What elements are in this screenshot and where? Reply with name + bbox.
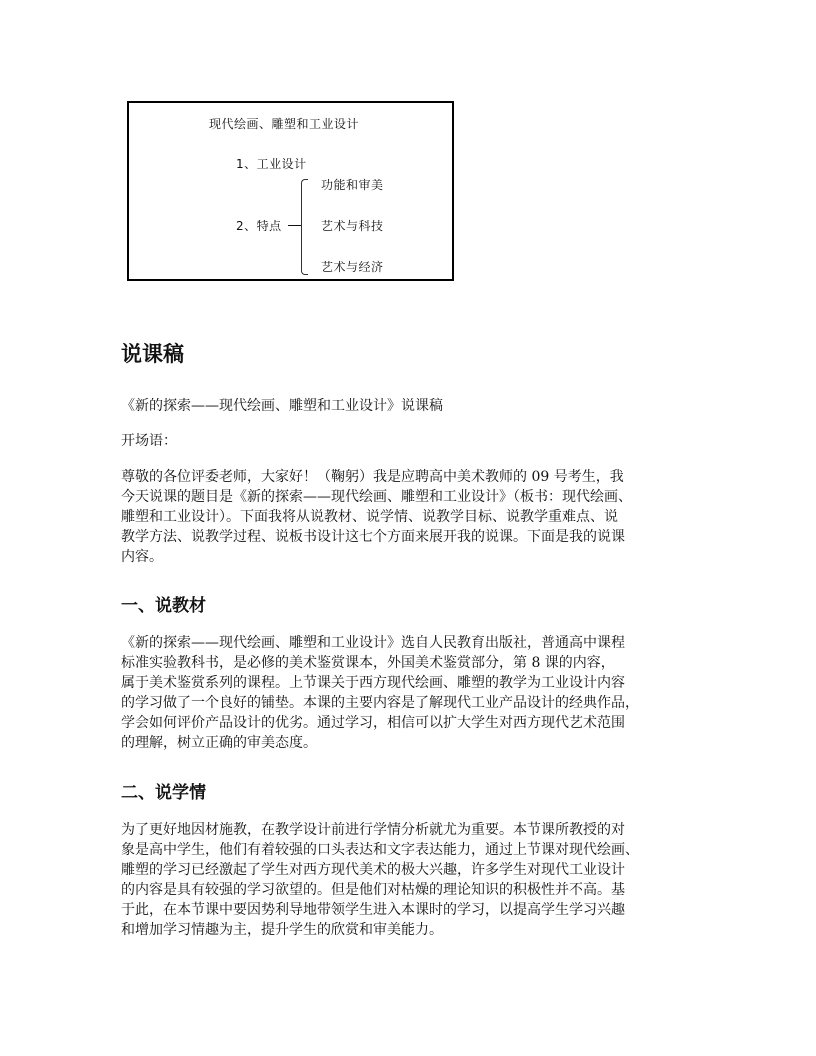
text-line: 今天说课的题目是《新的探索——现代绘画、雕塑和工业设计》（板书：现代绘画、 <box>121 487 701 507</box>
text-line: 属于美术鉴赏系列的课程。上节课关于西方现代绘画、雕塑的教学为工业设计内容 <box>121 673 701 693</box>
text-line: 和增加学习情趣为主，提升学生的欣赏和审美能力。 <box>121 920 701 940</box>
diagram-item-features: 2、特点 <box>236 217 282 234</box>
intro-paragraph: 尊敬的各位评委老师，大家好！（鞠躬）我是应聘高中美术教师的 09 号考生，我 今… <box>121 467 701 567</box>
text-line: 《新的探索——现代绘画、雕塑和工业设计》选自人民教育出版社，普通高中课程 <box>121 633 701 653</box>
text-line: 尊敬的各位评委老师，大家好！（鞠躬）我是应聘高中美术教师的 09 号考生，我 <box>121 467 701 487</box>
section-heading-student-analysis: 二、说学情 <box>121 778 206 803</box>
diagram-title: 现代绘画、雕塑和工业设计 <box>209 115 359 132</box>
board-design-diagram: 现代绘画、雕塑和工业设计 1、工业设计 2、特点 功能和审美 艺术与科技 艺术与… <box>127 101 454 281</box>
text-line: 雕塑的学习已经激起了学生对西方现代美术的极大兴趣，许多学生对现代工业设计 <box>121 860 701 880</box>
diagram-item-industrial-design: 1、工业设计 <box>236 155 307 172</box>
text-line: 学会如何评价产品设计的优劣。通过学习，相信可以扩大学生对西方现代艺术范围 <box>121 713 701 733</box>
document-title: 说课稿 <box>121 338 184 368</box>
document-subtitle: 《新的探索——现代绘画、雕塑和工业设计》说课稿 <box>121 395 443 415</box>
text-line: 内容。 <box>121 547 701 567</box>
text-line: 的理解，树立正确的审美态度。 <box>121 733 701 753</box>
text-line: 象是高中学生，他们有着较强的口头表达和文字表达能力，通过上节课对现代绘画、 <box>121 840 701 860</box>
section-paragraph-textbook: 《新的探索——现代绘画、雕塑和工业设计》选自人民教育出版社，普通高中课程 标准实… <box>121 633 701 753</box>
text-line: 标准实验教科书，是必修的美术鉴赏课本，外国美术鉴赏部分，第 8 课的内容， <box>121 653 701 673</box>
bracket-brace <box>301 179 308 275</box>
feature-art-technology: 艺术与科技 <box>321 217 384 234</box>
opening-label: 开场语： <box>121 430 177 450</box>
connector-line <box>288 225 301 226</box>
text-line: 雕塑和工业设计）。下面我将从说教材、说学情、说教学目标、说教学重难点、说 <box>121 507 701 527</box>
feature-art-economy: 艺术与经济 <box>321 258 384 275</box>
section-heading-textbook: 一、说教材 <box>121 591 206 616</box>
text-line: 的学习做了一个良好的铺垫。本课的主要内容是了解现代工业产品设计的经典作品， <box>121 693 701 713</box>
text-line: 为了更好地因材施教，在教学设计前进行学情分析就尤为重要。本节课所教授的对 <box>121 820 701 840</box>
text-line: 于此，在本节课中要因势利导地带领学生进入本课时的学习，以提高学生学习兴趣 <box>121 900 701 920</box>
text-line: 教学方法、说教学过程、说板书设计这七个方面来展开我的说课。下面是我的说课 <box>121 527 701 547</box>
section-paragraph-student-analysis: 为了更好地因材施教，在教学设计前进行学情分析就尤为重要。本节课所教授的对 象是高… <box>121 820 701 940</box>
feature-function-aesthetics: 功能和审美 <box>321 176 384 193</box>
text-line: 的内容是具有较强的学习欲望的。但是他们对枯燥的理论知识的积极性并不高。基 <box>121 880 701 900</box>
